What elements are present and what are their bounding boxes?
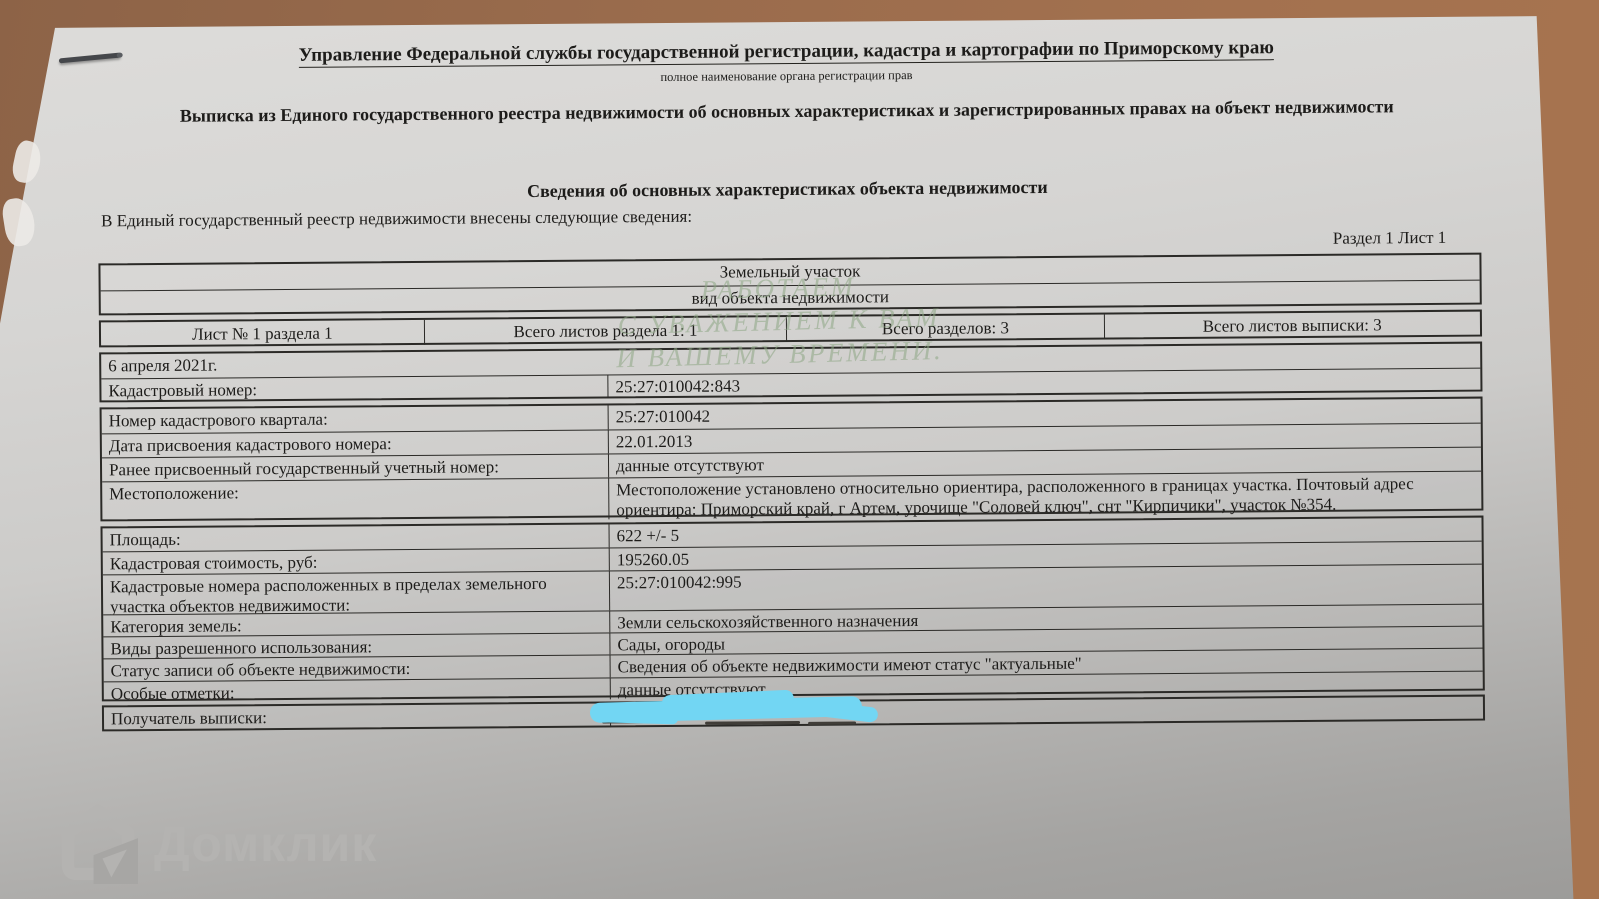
domklik-logo: Домклик: [58, 804, 377, 884]
sheet-info-box: Лист № 1 раздела 1 Всего листов раздела …: [99, 310, 1482, 348]
logo-text: Домклик: [154, 815, 377, 873]
intro-line: В Единый государственный реестр недвижим…: [101, 207, 692, 232]
section-title: Сведения об основных характеристиках объ…: [138, 174, 1437, 205]
field-label: Ранее присвоенный государственный учетны…: [102, 454, 608, 481]
field-label: Кадастровые номера расположенных в преде…: [103, 571, 609, 614]
field-label: Номер кадастрового квартала:: [102, 405, 608, 433]
authority-name: Управление Федеральной службы государств…: [117, 36, 1456, 69]
field-label: Дата присвоения кадастрового номера:: [102, 430, 608, 457]
field-label: Кадастровый номер:: [101, 375, 607, 402]
date-cadnum-box: 6 апреля 2021г. Кадастровый номер: 25:27…: [99, 342, 1482, 403]
attributes-box: Площадь: 622 +/- 5 Кадастровая стоимость…: [101, 516, 1485, 702]
location-box: Номер кадастрового квартала: 25:27:01004…: [100, 397, 1484, 522]
field-label: Особые отметки:: [104, 678, 610, 703]
field-label: Получатель выписки:: [104, 703, 610, 731]
field-value: 25:27:010042:995: [609, 565, 1482, 611]
photo-scene: Управление Федеральной службы государств…: [0, 0, 1599, 899]
sheet-cell: Всего листов выписки: 3: [1103, 312, 1480, 340]
field-label: Виды разрешенного использования:: [103, 633, 609, 658]
field-label: Категория земель:: [103, 611, 609, 636]
house-icon: [58, 804, 138, 884]
redacted-text-remnant: [808, 721, 856, 724]
staple: [59, 53, 121, 64]
field-label: Кадастровая стоимость, руб:: [103, 548, 609, 574]
document-title: Выписка из Единого государственного реес…: [137, 96, 1436, 127]
sheet-cell: Всего листов раздела 1: 1: [424, 317, 787, 345]
field-value: Местоположение установлено относительно …: [608, 472, 1481, 520]
redaction-marker: [594, 711, 678, 724]
field-label: Статус записи об объекте недвижимости:: [104, 655, 610, 681]
field-label: Площадь:: [103, 524, 609, 551]
authority-name-text: Управление Федеральной службы государств…: [299, 37, 1274, 68]
section-sheet-label: Раздел 1 Лист 1: [1333, 228, 1447, 249]
sheet-cell: Всего разделов: 3: [786, 315, 1103, 342]
object-type-box: Земельный участок вид объекта недвижимос…: [98, 253, 1481, 316]
document-content: Управление Федеральной службы государств…: [0, 0, 1599, 899]
field-label: Местоположение:: [102, 478, 608, 523]
sheet-cell: Лист № 1 раздела 1: [101, 320, 424, 348]
